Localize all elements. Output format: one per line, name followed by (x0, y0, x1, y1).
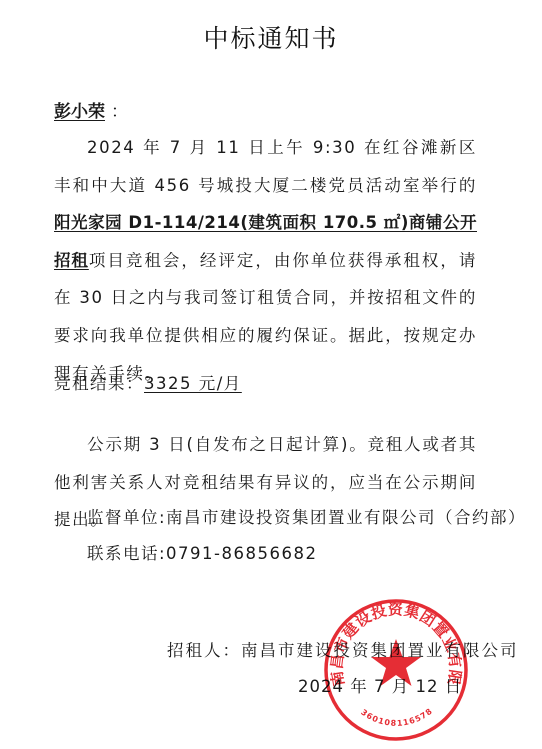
salutation-colon: ： (111, 102, 128, 122)
award-text-post: 项目竞租会，经评定，由你单位获得承租权，请在 30 日之内与我司签订租赁合同，并… (54, 251, 477, 383)
salutation: 彭小荣： (54, 97, 128, 122)
company-seal-stamp: 南昌市建设投资集团置业有限公司 3601081165780 (322, 597, 470, 743)
bid-result: 竞租结果：3325 元/月 (54, 370, 254, 394)
bid-result-value: 3325 元/月 (144, 374, 254, 393)
award-text-pre: 2024 年 7 月 11 日上午 9:30 在红谷滩新区丰和中大道 456 号… (54, 138, 477, 195)
star-icon (371, 639, 421, 686)
contact-phone: 联系电话:0791-86856682 (87, 540, 318, 564)
bid-result-label: 竞租结果： (54, 374, 144, 393)
supervisor-unit: 监督单位:南昌市建设投资集团置业有限公司（合约部） (87, 504, 526, 528)
recipient-name: 彭小荣 (54, 102, 111, 122)
document-title: 中标通知书 (0, 19, 542, 55)
award-paragraph: 2024 年 7 月 11 日上午 9:30 在红谷滩新区丰和中大道 456 号… (54, 129, 477, 392)
document-page: 中标通知书 彭小荣： 2024 年 7 月 11 日上午 9:30 在红谷滩新区… (0, 0, 542, 749)
